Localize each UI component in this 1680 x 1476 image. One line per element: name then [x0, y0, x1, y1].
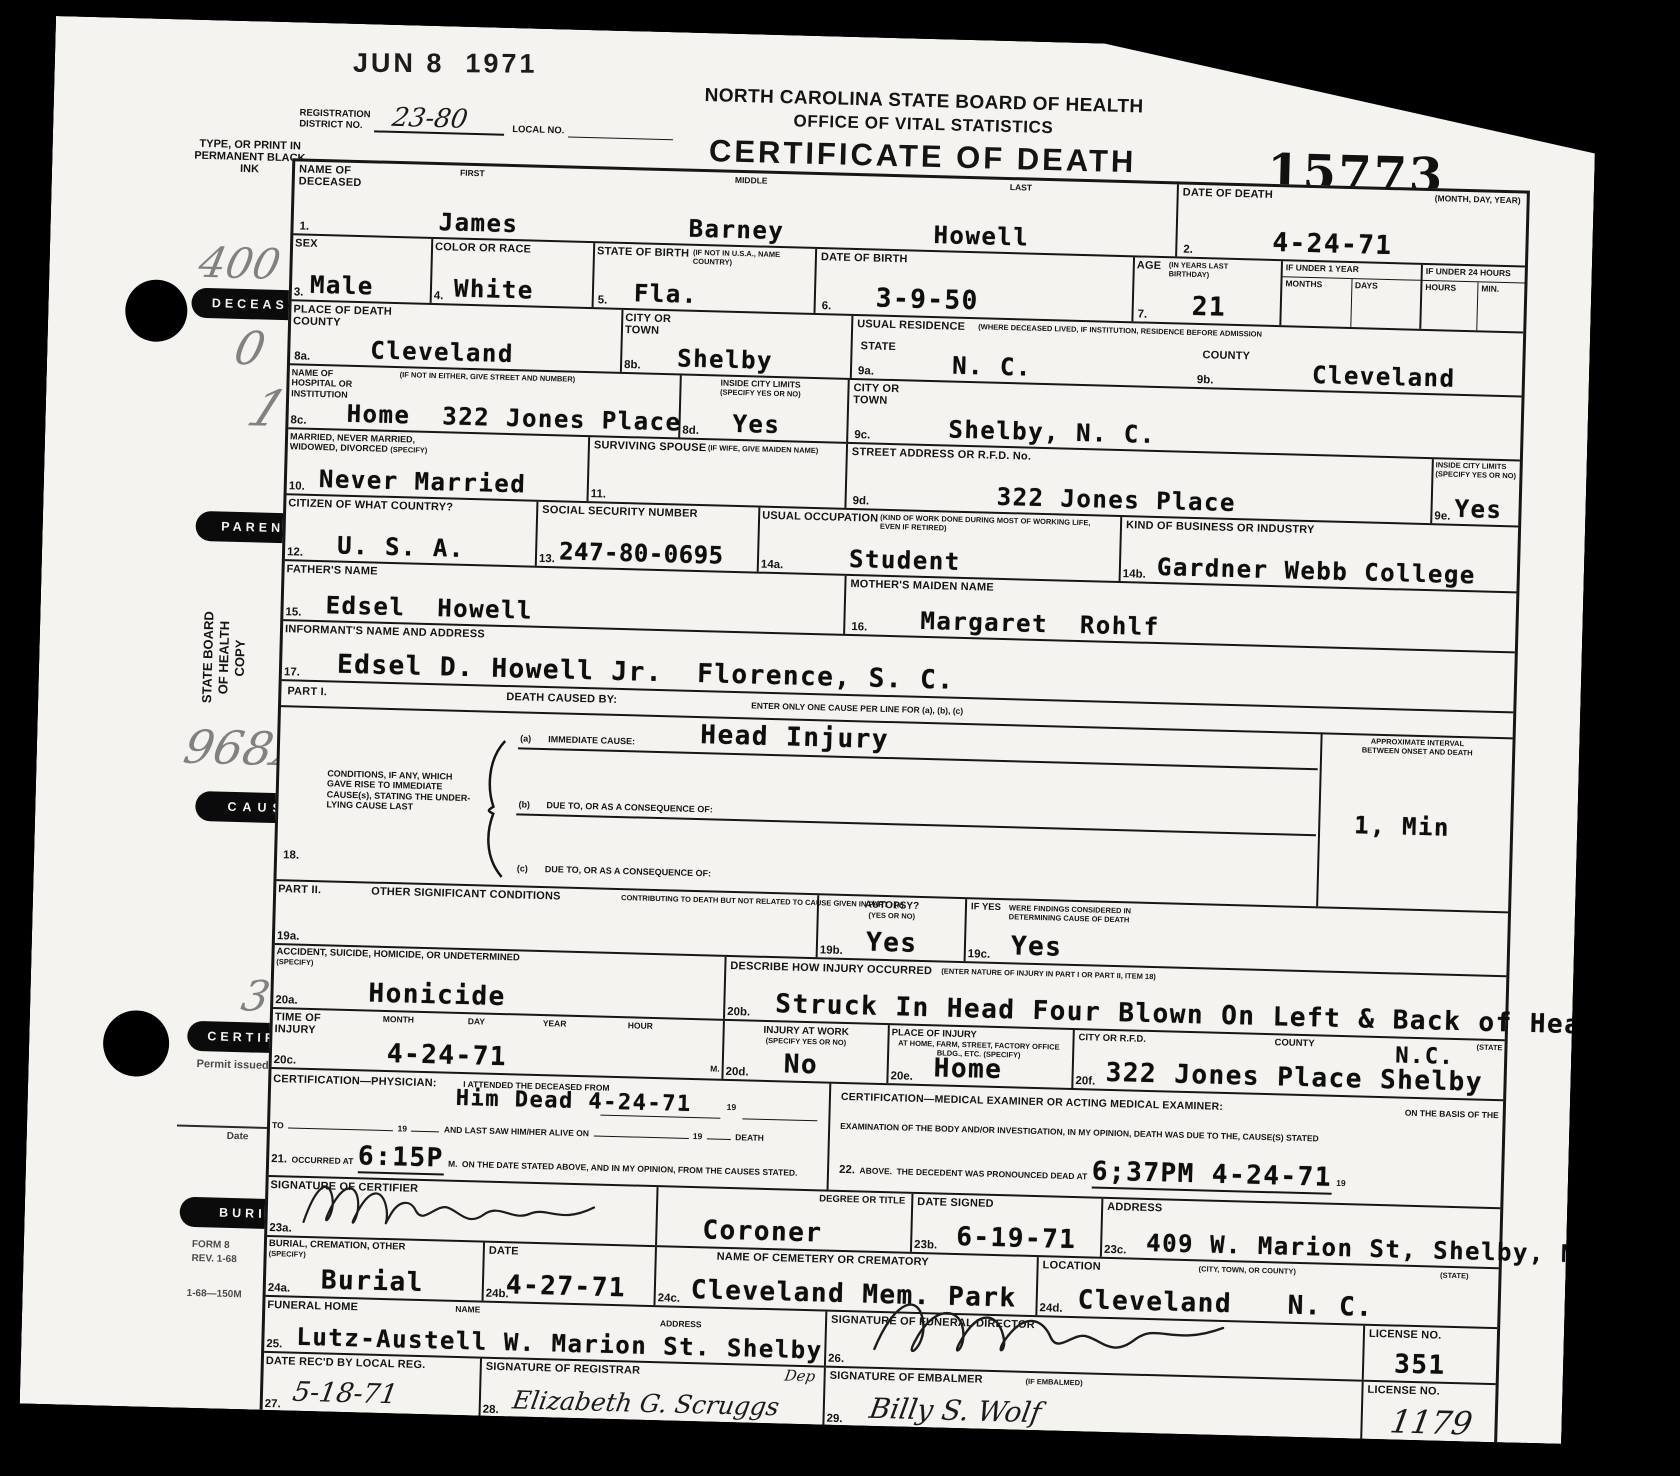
item-4-number: 4. [434, 290, 444, 302]
item-20d-number: 20d. [725, 1066, 748, 1079]
year-19-a: 19 [727, 1103, 737, 1113]
item-20c-number: 20c. [274, 1054, 297, 1067]
field-degree-title: DEGREE OR TITLE Coroner [657, 1187, 913, 1252]
print-code: 1-68—150M [186, 1288, 241, 1300]
row-part1: PART I. DEATH CAUSED BY: ENTER ONLY ONE … [276, 681, 1513, 913]
field-occupation: USUAL OCCUPATION (KIND OF WORK DONE DURI… [759, 508, 1123, 581]
registrar-signature: Elizabeth G. Scruggs [511, 1385, 782, 1421]
field-ssn: SOCIAL SECURITY NUMBER 13. 247-80-0695 [537, 502, 761, 572]
burial-date-label: DATE [489, 1245, 519, 1258]
pod-county-label: COUNTY [293, 316, 392, 331]
field-embalmer-license: LICENSE NO. 1179 [1362, 1382, 1495, 1443]
item-27-number: 27. [265, 1398, 281, 1410]
marital-label-2: WIDOWED, DIVORCED [290, 442, 388, 455]
copy-designation: STATE BOARD OF HEALTH COPY [158, 591, 291, 724]
age-label: AGE [1137, 259, 1162, 272]
item-13-number: 13. [539, 553, 555, 565]
certificate-form: NAME OF DECEASED FIRST MIDDLE LAST 1. Ja… [259, 158, 1529, 1446]
marital-value: Never Married [319, 465, 527, 498]
marital-sublabel: (SPECIFY) [390, 445, 427, 455]
conditions-note: CONDITIONS, IF ANY, WHICH GAVE RISE TO I… [326, 768, 479, 813]
birth-state-label: STATE OF BIRTH [597, 245, 690, 260]
spouse-label: SURVIVING SPOUSE [594, 439, 707, 454]
me-examination-text: EXAMINATION OF THE BODY AND/OR INVESTIGA… [840, 1122, 1319, 1144]
item-10-number: 10. [289, 480, 305, 492]
street-value: 322 Jones Place [996, 483, 1236, 517]
item-9e-number: 9e. [1434, 510, 1450, 522]
license2-label: LICENSE NO. [1367, 1384, 1440, 1398]
middle-name-value: Barney [688, 215, 784, 245]
item-26-number: 26. [828, 1353, 844, 1365]
item-2-number: 2. [1183, 244, 1193, 256]
print-instruction: TYPE, OR PRINT IN PERMANENT BLACK INK [192, 138, 308, 177]
year-19-b: 19 [397, 1123, 407, 1133]
date-received-value: 5-18-71 [290, 1377, 399, 1411]
due-to-c-label: DUE TO, OR AS A CONSEQUENCE OF: [545, 864, 712, 879]
license1-label: LICENSE NO. [1369, 1328, 1442, 1342]
item-28-number: 28. [483, 1404, 499, 1416]
year-19-c: 19 [693, 1131, 703, 1141]
certifier-signature [297, 1170, 609, 1244]
last-name-value: Howell [933, 221, 1029, 251]
field-place-of-injury: PLACE OF INJURY AT HOME, FARM, STREET, F… [888, 1025, 1074, 1088]
item-24a-number: 24a. [268, 1282, 291, 1295]
item-20b-number: 20b. [727, 1006, 750, 1019]
last-saw-alive-text: AND LAST SAW HIM/HER ALIVE ON [444, 1125, 589, 1139]
last-header: LAST [1010, 183, 1032, 193]
informant-label: INFORMANT'S NAME AND ADDRESS [285, 623, 485, 641]
date-signed-value: 6-19-71 [956, 1222, 1077, 1255]
business-label: KIND OF BUSINESS OR INDUSTRY [1126, 519, 1315, 536]
year-19-d: 19 [1336, 1178, 1346, 1188]
copy-line2: OF HEALTH [215, 611, 234, 703]
field-pod-city: CITY OR TOWN 8b. Shelby [622, 310, 854, 378]
field-time-of-injury: TIME OF INJURY MONTH DAY YEAR HOUR 20c. … [272, 1009, 725, 1079]
field-race: COLOR OR RACE 4. White [432, 239, 596, 307]
interval-value: 1, Min [1354, 811, 1450, 841]
field-registrar-signature: SIGNATURE OF REGISTRAR 28. Elizabeth G. … [480, 1359, 825, 1426]
field-pod-county: PLACE OF DEATH COUNTY 8a. Cleveland [290, 301, 624, 372]
item-9b-number: 9b. [1197, 374, 1214, 386]
item-19a-number: 19a. [277, 930, 300, 943]
me-basis-text: ON THE BASIS OF THE [1405, 1109, 1499, 1121]
occurred-at-label: OCCURRED AT [291, 1155, 353, 1167]
min-label: MIN. [1477, 282, 1524, 331]
item-17-number: 17. [284, 666, 300, 678]
funeral-director-signature [866, 1287, 1238, 1377]
pod-city-label-2: TOWN [625, 324, 671, 338]
day-header: DAY [468, 1017, 485, 1027]
sex-label: SEX [295, 237, 318, 250]
item-9a-number: 9a. [858, 365, 874, 377]
physician-cert-label: CERTIFICATION—PHYSICIAN: [273, 1073, 437, 1090]
item-12-number: 12. [287, 546, 303, 558]
interval-column: APPROXIMATE INTERVAL BETWEEN ONSET AND D… [1316, 732, 1512, 911]
field-director-license: LICENSE NO. 351 [1364, 1326, 1497, 1383]
item-22-number: 22. [839, 1164, 855, 1176]
item-16-number: 16. [851, 621, 867, 633]
dod-value: 4-24-71 [1272, 228, 1393, 261]
item-29-number: 29. [826, 1413, 842, 1425]
received-date-stamp: JUN 8 1971 [353, 48, 538, 80]
pod-city-value: Shelby [677, 344, 773, 374]
race-value: White [454, 275, 534, 305]
toi-label-2: INJURY [274, 1023, 320, 1037]
item-3-number: 3. [294, 286, 304, 298]
item-23c-number: 23c. [1104, 1244, 1127, 1257]
occurred-meridiem: M. [448, 1159, 458, 1169]
mother-value: Margaret Rohlf [920, 607, 1160, 641]
location-state-value: N. C. [1287, 1291, 1374, 1323]
funeral-home-label: FUNERAL HOME [267, 1299, 358, 1314]
field-burial-date: DATE 24b. 4-27-71 [484, 1243, 657, 1305]
degree-value: Coroner [702, 1215, 823, 1248]
part2-conditions: PART II. OTHER SIGNIFICANT CONDITIONS CO… [275, 881, 819, 957]
days-label: DAYS [1351, 279, 1421, 328]
burial-date-value: 4-27-71 [506, 1270, 627, 1303]
to-label: TO [272, 1120, 284, 1130]
item-6-number: 6. [822, 300, 832, 312]
pod-city-label-1: CITY OR [625, 312, 671, 326]
item-15-number: 15. [285, 606, 301, 618]
findings-label-1: IF YES [971, 902, 1001, 914]
field-date-of-death: DATE OF DEATH (MONTH, DAY, YEAR) 2. 4-24… [1177, 184, 1527, 265]
race-label: COLOR OR RACE [435, 241, 531, 256]
place-value: Home [933, 1053, 1002, 1085]
injury-city-header: CITY OR R.F.D. [1078, 1033, 1146, 1046]
registration-label-2: DISTRICT NO. [299, 119, 370, 132]
item-9d-number: 9d. [852, 495, 869, 507]
location-label: LOCATION [1042, 1259, 1101, 1273]
death-caused-by-label: DEATH CAUSED BY: [506, 691, 617, 706]
field-certifier-address: ADDRESS 23c. 409 W. Marion St, Shelby, N… [1102, 1199, 1500, 1267]
date-signed-label: DATE SIGNED [917, 1196, 994, 1210]
field-date-of-birth: DATE OF BIRTH 6. 3-9-50 [815, 249, 1135, 321]
toi-value: 4-24-71 [387, 1039, 508, 1072]
registrar-dep-note: Dep [784, 1367, 818, 1386]
field-hospital: NAME OF HOSPITAL OR INSTITUTION (IF NOT … [288, 365, 681, 437]
item-14a-number: 14a. [761, 559, 784, 572]
middle-header: MIDDLE [735, 176, 768, 187]
item-23b-number: 23b. [914, 1239, 937, 1252]
residence-label: USUAL RESIDENCE [857, 318, 965, 333]
toi-meridiem: M. [710, 1065, 720, 1075]
field-manner-of-death: ACCIDENT, SUICIDE, HOMICIDE, OR UNDETERM… [273, 945, 726, 1019]
item-20a-number: 20a. [275, 994, 298, 1007]
field-injury-location: CITY OR R.F.D. COUNTY (STATE N.C. 20f. 3… [1073, 1030, 1504, 1099]
pod-county-value: Cleveland [370, 336, 514, 368]
field-injury-at-work: INJURY AT WORK (SPECIFY YES OR NO) 20d. … [723, 1021, 889, 1083]
item-19c-number: 19c. [968, 948, 991, 961]
cause-b-tag: (b) [518, 799, 530, 810]
margin-handwriting-3: 3 [237, 971, 274, 1020]
icl2-sublabel: (SPECIFY YES OR NO) [1435, 470, 1516, 481]
license1-value: 351 [1394, 1349, 1446, 1380]
citizen-value: U. S. A. [337, 532, 465, 563]
autopsy-value: Yes [866, 928, 918, 959]
dod-sublabel: (MONTH, DAY, YEAR) [1435, 194, 1521, 206]
hospital-value: Home 322 Jones Place [346, 400, 682, 437]
year-header: YEAR [543, 1019, 567, 1029]
location-sublabel-2: (STATE) [1440, 1272, 1469, 1281]
residence-state-value: N. C. [952, 352, 1032, 382]
item-21-number: 21. [271, 1153, 287, 1165]
field-age: AGE (IN YEARS LAST BIRTHDAY) 7. 21 [1133, 257, 1283, 325]
occupation-value: Student [849, 545, 961, 576]
location-sublabel-1: (CITY, TOWN, OR COUNTY) [1198, 1265, 1296, 1276]
burial-value: Burial [321, 1265, 425, 1298]
field-marital-status: MARRIED, NEVER MARRIED, WIDOWED, DIVORCE… [287, 429, 591, 501]
form-number-note: FORM 8 REV. 1-68 [191, 1238, 237, 1266]
item-23a-number: 23a. [269, 1222, 292, 1235]
field-inside-city-limits-8d: INSIDE CITY LIMITS (SPECIFY YES OR NO) 8… [680, 376, 850, 442]
mother-label: MOTHER'S MAIDEN NAME [850, 578, 994, 594]
immediate-cause-label: IMMEDIATE CAUSE: [548, 734, 635, 747]
other-conditions-label: OTHER SIGNIFICANT CONDITIONS [371, 886, 561, 903]
death-certificate-scan: TYPE, OR PRINT IN PERMANENT BLACK INK 40… [20, 16, 1598, 1444]
manner-value: Honicide [368, 979, 506, 1013]
item-8c-number: 8c. [290, 414, 306, 426]
field-certifier-signature: SIGNATURE OF CERTIFIER 23a. [267, 1177, 658, 1245]
residence-sublabel: (WHERE DECEASED LIVED, IF INSTITUTION, R… [978, 323, 1262, 339]
injury-county-header: COUNTY [1274, 1038, 1314, 1050]
item-7-number: 7. [1137, 308, 1147, 320]
item-14b-number: 14b. [1123, 568, 1146, 581]
residence-city-value: Shelby, N. C. [948, 416, 1156, 449]
local-no-label: LOCAL NO. [512, 125, 564, 137]
toi-label-1: TIME OF [275, 1011, 321, 1025]
item-20e-number: 20e. [890, 1070, 913, 1083]
residence-county-label: COUNTY [1202, 349, 1250, 363]
residence-city-label-1: CITY OR [853, 382, 899, 396]
months-label: MONTHS [1281, 277, 1352, 326]
dob-value: 3-9-50 [875, 284, 979, 317]
part1-section: PART I. DEATH CAUSED BY: ENTER ONLY ONE … [276, 681, 1513, 911]
findings-value: Yes [1011, 931, 1063, 962]
father-label: FATHER'S NAME [286, 563, 377, 578]
form-rev: REV. 1-68 [191, 1251, 237, 1266]
age-value: 21 [1191, 292, 1226, 323]
work-value: No [783, 1049, 818, 1080]
occupation-label: USUAL OCCUPATION [762, 510, 879, 525]
first-name-value: James [438, 208, 518, 238]
me-cert-label: CERTIFICATION—MEDICAL EXAMINER OR ACTING… [841, 1092, 1223, 1114]
icl2-value: Yes [1454, 495, 1503, 524]
embalmer-label: SIGNATURE OF EMBALMER [830, 1370, 983, 1386]
certifier-address-label: ADDRESS [1107, 1201, 1162, 1215]
me-pronounced-text: THE DECEDENT WAS PRONOUNCED DEAD AT [896, 1166, 1087, 1181]
me-above-text: ABOVE. [859, 1165, 892, 1176]
sex-value: Male [310, 271, 375, 301]
item-9c-number: 9c. [854, 429, 870, 441]
field-autopsy: AUTOPSY? (YES OR NO) 19b. Yes [818, 895, 968, 961]
registration-district-value: 23-80 [390, 103, 470, 135]
field-inside-city-limits-9e: INSIDE CITY LIMITS (SPECIFY YES OR NO) 9… [1432, 459, 1520, 525]
punch-hole-bottom [102, 1010, 170, 1078]
cause-c-tag: (c) [517, 863, 528, 874]
field-if-under-24-hours: IF UNDER 24 HOURS HOURS MIN. [1421, 265, 1525, 332]
item-18-number: 18. [283, 849, 299, 861]
embalmer-signature: Billy S. Wolf [867, 1392, 1044, 1429]
dob-label: DATE OF BIRTH [821, 251, 908, 266]
license2-value: 1179 [1388, 1402, 1476, 1442]
age-sublabel: (IN YEARS LAST BIRTHDAY) [1169, 261, 1269, 281]
embalmer-sublabel: (IF EMBALMED) [1025, 1378, 1082, 1388]
item-20f-number: 20f. [1075, 1075, 1095, 1088]
hospital-sublabel: (IF NOT IN EITHER, GIVE STREET AND NUMBE… [400, 371, 576, 384]
copy-line3: COPY [231, 612, 250, 704]
brace-glyph [475, 738, 509, 879]
margin-handwriting-0: 0 [230, 321, 270, 375]
residence-county-value: Cleveland [1312, 361, 1456, 393]
item-5-number: 5. [598, 294, 608, 306]
certification-medical-examiner: CERTIFICATION—MEDICAL EXAMINER OR ACTING… [829, 1084, 1504, 1208]
ssn-label: SOCIAL SECURITY NUMBER [542, 504, 698, 520]
item-8d-number: 8d. [682, 425, 699, 437]
margin-handwriting-400: 400 [195, 238, 285, 289]
residence-city-label-2: TOWN [853, 394, 899, 408]
residence-state-label: STATE [860, 340, 896, 353]
form-header: NORTH CAROLINA STATE BOARD OF HEALTH OFF… [652, 84, 1194, 182]
degree-label: DEGREE OR TITLE [819, 1194, 905, 1207]
field-date-signed: DATE SIGNED 23b. 6-19-71 [912, 1194, 1103, 1257]
form-no: FORM 8 [192, 1238, 238, 1253]
immediate-cause-value: Head Injury [700, 720, 889, 755]
punch-hole-top [125, 279, 189, 343]
death-word: DEATH [735, 1132, 764, 1143]
item-8b-number: 8b. [624, 359, 641, 371]
injury-state-header: (STATE [1476, 1044, 1502, 1053]
occurred-time-value: 6:15P [358, 1141, 445, 1175]
permit-issued-note: Permit issued [196, 1058, 268, 1072]
item-8a-number: 8a. [294, 350, 310, 362]
funeral-name-header: NAME [455, 1305, 480, 1315]
item-24c-number: 24c. [657, 1292, 680, 1305]
field-burial-type: BURIAL, CREMATION, OTHER (SPECIFY) 24a. … [266, 1237, 485, 1301]
item-1-number: 1. [299, 220, 309, 232]
hospital-label-3: INSTITUTION [291, 388, 352, 400]
icl-value: Yes [732, 410, 781, 439]
item-25-number: 25. [266, 1338, 282, 1350]
registrar-label: SIGNATURE OF REGISTRAR [486, 1361, 641, 1377]
hour-header: HOUR [628, 1021, 653, 1031]
cemetery-label: NAME OF CEMETERY OR CREMATORY [717, 1251, 929, 1269]
due-to-b-label: DUE TO, OR AS A CONSEQUENCE OF: [546, 800, 713, 815]
birth-state-sublabel: (IF NOT IN U.S.A., NAME COUNTRY) [693, 249, 811, 269]
part2-label: PART II. [278, 883, 321, 896]
spouse-sublabel: (IF WIFE, GIVE MAIDEN NAME) [708, 444, 819, 456]
hours-label: HOURS [1421, 281, 1478, 330]
date-received-label: DATE REC'D BY LOCAL REG. [266, 1355, 426, 1371]
funeral-address-header: ADDRESS [660, 1319, 702, 1330]
describe-label: DESCRIBE HOW INJURY OCCURRED [730, 960, 932, 978]
margin-date-label: Date [227, 1131, 249, 1143]
month-header: MONTH [383, 1015, 414, 1026]
field-citizenship: CITIZEN OF WHAT COUNTRY? 12. U. S. A. [285, 495, 539, 566]
citizen-label: CITIZEN OF WHAT COUNTRY? [288, 497, 453, 514]
cause-a-tag: (a) [520, 733, 531, 744]
part1-label: PART I. [287, 685, 327, 698]
findings-label-2: WERE FINDINGS CONSIDERED IN DETERMINING … [1009, 904, 1159, 925]
business-value: Gardner Webb College [1157, 553, 1477, 589]
field-business: KIND OF BUSINESS OR INDUSTRY 14b. Gardne… [1121, 517, 1519, 591]
name-label-2: DECEASED [299, 176, 362, 190]
field-date-received: DATE REC'D BY LOCAL REG. 27. 5-18-71 [263, 1353, 482, 1417]
field-sex: SEX 3. Male [292, 235, 434, 303]
field-if-under-1-year: IF UNDER 1 YEAR MONTHS DAYS [1281, 261, 1423, 329]
item-11-number: 11. [591, 488, 607, 500]
ssn-value: 247-80-0695 [559, 537, 724, 569]
pronounced-dead-value: 6;37PM 4-24-71 [1091, 1157, 1332, 1195]
first-header: FIRST [460, 169, 485, 179]
occupation-sublabel: (KIND OF WORK DONE DURING MOST OF WORKIN… [880, 514, 1110, 537]
enter-one-cause-note: ENTER ONLY ONE CAUSE PER LINE FOR (a), (… [751, 701, 963, 716]
father-value: Edsel Howell [325, 591, 533, 624]
item-19b-number: 19b. [820, 944, 843, 957]
dod-label: DATE OF DEATH [1183, 187, 1273, 202]
field-surviving-spouse: SURVIVING SPOUSE (IF WIFE, GIVE MAIDEN N… [588, 437, 848, 508]
birth-state-value: Fla. [634, 279, 699, 309]
street-label: STREET ADDRESS OR R.F.D. No. [852, 446, 1032, 463]
describe-sublabel: (ENTER NATURE OF INJURY IN PART I OR PAR… [941, 968, 1156, 982]
field-findings-considered: IF YES WERE FINDINGS CONSIDERED IN DETER… [966, 899, 1508, 975]
field-state-of-birth: STATE OF BIRTH (IF NOT IN U.S.A., NAME C… [594, 243, 818, 313]
